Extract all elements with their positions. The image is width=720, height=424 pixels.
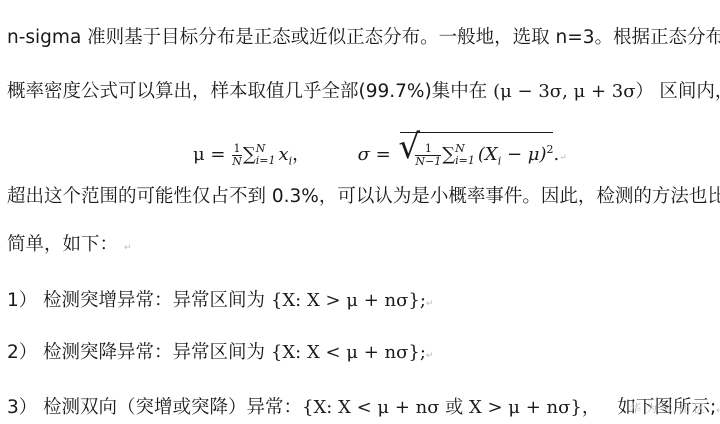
- return-mark-icon: ↵: [716, 406, 720, 416]
- text: 区间内，其中，: [654, 81, 720, 102]
- sqrt: 1N−1∑Ni=1(Xi − μ)2: [400, 132, 553, 179]
- fraction-1-over-n: 1N: [232, 143, 242, 168]
- sum-limits: Ni=1: [455, 143, 475, 167]
- return-mark-icon: ↵: [124, 243, 132, 253]
- paragraph-1-line-2: 概率密度公式可以算出，样本取值几乎全部(99.7%)集中在 (μ − 3σ, μ…: [7, 80, 720, 107]
- list-item-1: 1）检测突增异常：异常区间为 {X: X > μ + nσ};↵: [7, 289, 433, 316]
- return-mark-icon: ↵: [426, 351, 434, 361]
- list-math: {X: X > μ + nσ};: [271, 290, 426, 311]
- mu-lhs: μ =: [193, 144, 231, 165]
- sigma-lhs: σ =: [358, 144, 397, 165]
- text: 简单，如下：: [7, 234, 118, 255]
- paragraph-2-line-1: 超出这个范围的可能性仅占不到 0.3%，可以认为是小概率事件。因此，检测的方法也…: [7, 185, 720, 209]
- return-mark-icon: ↵: [426, 299, 434, 309]
- list-label: 检测突增异常：异常区间为: [43, 290, 271, 311]
- list-number: 2）: [7, 341, 43, 365]
- sum-symbol: ∑: [243, 135, 256, 175]
- x-term: x: [278, 144, 288, 165]
- list-item-2: 2）检测突降异常：异常区间为 {X: X < μ + nσ};↵: [7, 341, 433, 368]
- list-number: 1）: [7, 289, 43, 313]
- paragraph-2-line-2: 简单，如下： ↵: [7, 233, 131, 260]
- list-item-3: 3）检测双向（突增或突降）异常：{X: X < μ + nσ 或 X > μ +…: [7, 396, 720, 423]
- list-label: 检测突降异常：异常区间为: [43, 342, 271, 363]
- list-label: 检测双向（突增或突降）异常：: [43, 397, 302, 418]
- text: 概率密度公式可以算出，样本取值几乎全部(99.7%)集中在: [7, 81, 493, 102]
- fraction-1-over-n-minus-1: 1N−1: [415, 143, 441, 168]
- text: n-sigma 准则基于目标分布是正态或近似正态分布。一般地，选取 n=3。根据…: [7, 27, 720, 48]
- return-mark-icon: ↵: [559, 153, 567, 163]
- list-math: {X: X < μ + nσ};: [271, 342, 426, 363]
- list-number: 3）: [7, 396, 43, 420]
- text: 超出这个范围的可能性仅占不到 0.3%，可以认为是小概率事件。因此，检测的方法也…: [7, 186, 720, 207]
- sum-symbol: ∑: [442, 138, 455, 172]
- interval-math: (μ − 3σ, μ + 3σ）: [493, 81, 653, 102]
- sum-limits: Ni=1: [256, 143, 276, 167]
- paragraph-1-line-1: n-sigma 准则基于目标分布是正态或近似正态分布。一般地，选取 n=3。根据…: [7, 26, 720, 50]
- list-math: {X: X < μ + nσ 或 X > μ + nσ}，: [302, 397, 600, 418]
- watermark: 华为云社区: [630, 400, 710, 416]
- mean-std-formula: μ = 1N∑Ni=1xi， σ = 1N−1∑Ni=1(Xi − μ)2.↵: [193, 132, 567, 172]
